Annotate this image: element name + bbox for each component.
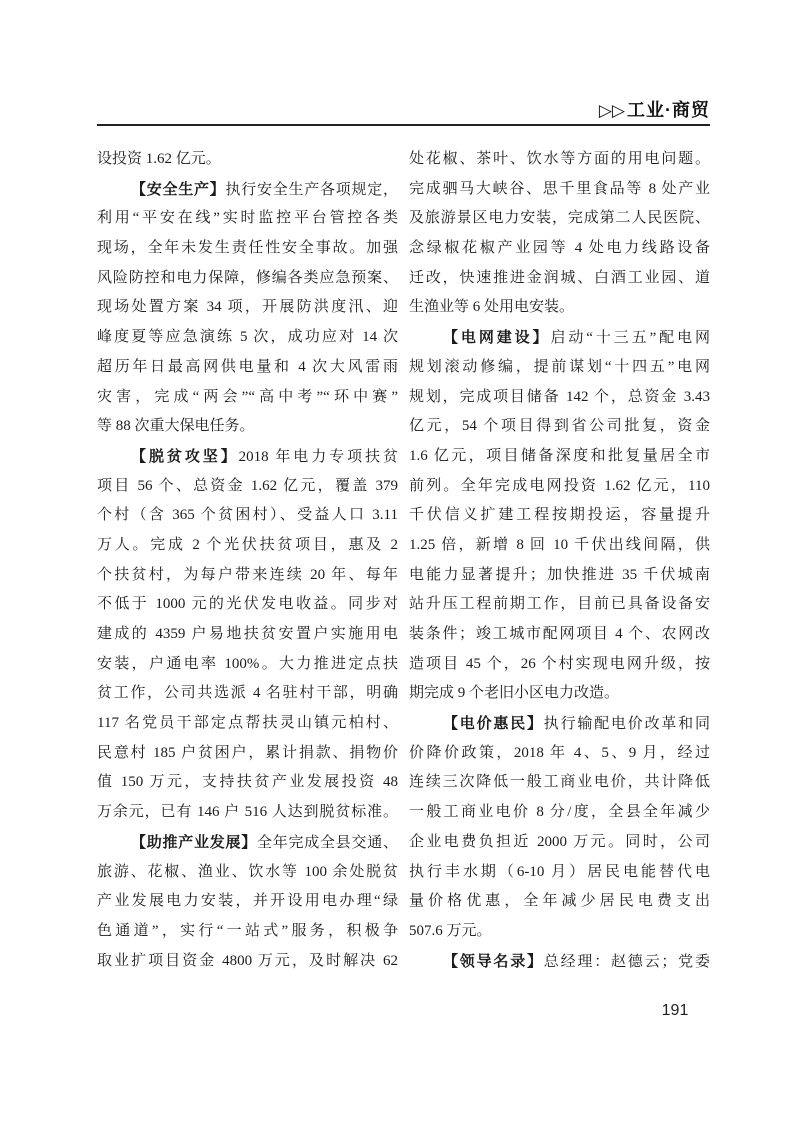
line-text: 及旅游景区电力安装，完成第二人民医院、 (409, 210, 710, 226)
section-marker-icon: ▷▷ (599, 101, 625, 120)
line-text: 执行丰水期（6-10 月）居民电能替代电 (409, 864, 710, 880)
text-line: 色通道”，实行“一站式”服务，积极争 (97, 917, 398, 947)
line-text: 建成的 4359 户易地扶贫安置户实施用电 (97, 626, 398, 642)
entry-heading: 【脱贫攻坚】 (131, 448, 239, 465)
text-line: 产业发展电力安装，并开设用电办理“绿 (97, 887, 398, 917)
line-text: 安装，户通电率 100%。大力推进定点扶 (97, 656, 398, 672)
text-line: 507.6 万元。 (409, 917, 710, 947)
line-text: 完成驷马大峡谷、思千里食品等 8 处产业 (409, 181, 710, 197)
text-line: 取业扩项目资金 4800 万元，及时解决 62 (97, 947, 398, 977)
text-line: 造项目 45 个，26 个村实现电网升级，按 (409, 650, 710, 680)
text-line: 规划滚动修编，提前谋划“十四五”电网 (409, 353, 710, 383)
right-column: 处花椒、茶叶、饮水等方面的用电问题。 完成驷马大峡谷、思千里食品等 8 处产业 … (409, 145, 710, 976)
line-text: 期完成 9 个老旧小区电力改造。 (409, 685, 619, 701)
line-text: 个扶贫村，为每户带来连续 20 年、每年 (97, 567, 398, 583)
line-text: 造项目 45 个，26 个村实现电网升级，按 (409, 656, 710, 672)
line-text: 生渔业等 6 处用电安装。 (409, 299, 574, 315)
entry-heading: 【领导名录】 (443, 953, 544, 970)
line-text: 灾害，完成“两会”“高中考”“环中赛” (97, 389, 398, 405)
text-line: 量价格优惠，全年减少居民电费支出 (409, 887, 710, 917)
text-line: 【安全生产】执行安全生产各项规定， (97, 175, 398, 205)
text-line: 贫工作，公司共选派 4 名驻村干部，明确 (97, 679, 398, 709)
line-text: 装条件；竣工城市配网项目 4 个、农网改 (409, 626, 710, 642)
line-text: 迁改，快速推进金润城、白酒工业园、道 (409, 270, 710, 286)
text-line: 旅游、花椒、渔业、饮水等 100 余处脱贫 (97, 858, 398, 888)
line-text: 执行输配电价改革和同 (544, 716, 710, 732)
text-line: 前列。全年完成电网投资 1.62 亿元，110 (409, 472, 710, 502)
line-text: 色通道”，实行“一站式”服务，积极争 (97, 923, 398, 939)
text-line: 个扶贫村，为每户带来连续 20 年、每年 (97, 561, 398, 591)
text-line: 灾害，完成“两会”“高中考”“环中赛” (97, 383, 398, 413)
text-line: 个村（含 365 个贫困村）、受益人口 3.11 (97, 501, 398, 531)
text-line: 【电价惠民】执行输配电价改革和同 (409, 709, 710, 739)
entry-heading: 【助推产业发展】 (131, 834, 257, 851)
text-line: 【领导名录】总经理：赵德云；党委 (409, 947, 710, 977)
text-line: 生渔业等 6 处用电安装。 (409, 293, 710, 323)
text-line: 完成驷马大峡谷、思千里食品等 8 处产业 (409, 175, 710, 205)
line-text: 亿元，54 个项目得到省公司批复，资金 (409, 418, 710, 434)
line-text: 规划滚动修编，提前谋划“十四五”电网 (409, 359, 710, 375)
line-text: 一般工商业电价 8 分/度，全县全年减少 (409, 804, 710, 820)
text-line: 1.25 倍，新增 8 回 10 千伏出线间隔，供 (409, 531, 710, 561)
line-text: 总经理：赵德云；党委 (544, 954, 710, 970)
line-text: 全年完成全县交通、 (257, 835, 398, 851)
text-line: 【脱贫攻坚】2018 年电力专项扶贫 (97, 442, 398, 472)
line-text: 民意村 185 户贫困户，累计捐款、捐物价 (97, 745, 398, 761)
text-line: 等 88 次重大保电任务。 (97, 412, 398, 442)
text-line: 超历年日最高网供电量和 4 次大风雷雨 (97, 353, 398, 383)
text-line: 规划，完成项目储备 142 个，总资金 3.43 (409, 383, 710, 413)
page-number: 191 (653, 1002, 697, 1020)
text-line: 峰度夏等应急演练 5 次，成功应对 14 次 (97, 323, 398, 353)
text-line: 处花椒、茶叶、饮水等方面的用电问题。 (409, 145, 710, 175)
text-line: 利用“平安在线”实时监控平台管控各类 (97, 204, 398, 234)
text-line: 民意村 185 户贫困户，累计捐款、捐物价 (97, 739, 398, 769)
line-text: 507.6 万元。 (409, 923, 492, 939)
text-line: 电能力显著提升；加快推进 35 千伏城南 (409, 561, 710, 591)
line-text: 电能力显著提升；加快推进 35 千伏城南 (409, 567, 710, 583)
line-text: 万人。完成 2 个光伏扶贫项目，惠及 2 (97, 537, 398, 553)
text-line: 【助推产业发展】全年完成全县交通、 (97, 828, 398, 858)
text-line: 迁改，快速推进金润城、白酒工业园、道 (409, 264, 710, 294)
line-text: 产业发展电力安装，并开设用电办理“绿 (97, 893, 398, 909)
line-text: 量价格优惠，全年减少居民电费支出 (409, 893, 710, 909)
line-text: 连续三次降低一般工商业电价，共计降低 (409, 774, 710, 790)
line-text: 贫工作，公司共选派 4 名驻村干部，明确 (97, 685, 398, 701)
text-line: 117 名党员干部定点帮扶灵山镇元柏村、 (97, 709, 398, 739)
line-text: 取业扩项目资金 4800 万元，及时解决 62 (97, 953, 398, 969)
text-line: 价降价政策，2018 年 4、5、9 月，经过 (409, 739, 710, 769)
text-line: 建成的 4359 户易地扶贫安置户实施用电 (97, 620, 398, 650)
line-text: 千伏信义扩建工程按期投运，容量提升 (409, 507, 710, 523)
line-text: 现场处置方案 34 项，开展防洪度汛、迎 (97, 299, 398, 315)
line-text: 企业电费负担近 2000 万元。同时，公司 (409, 834, 710, 850)
text-line: 一般工商业电价 8 分/度，全县全年减少 (409, 798, 710, 828)
line-text: 旅游、花椒、渔业、饮水等 100 余处脱贫 (97, 864, 398, 880)
left-column: 设投资 1.62 亿元。 【安全生产】执行安全生产各项规定， 利用“平安在线”实… (97, 145, 398, 976)
entry-heading: 【电网建设】 (443, 329, 550, 346)
line-text: 万余元，已有 146 户 516 人达到脱贫标准。 (97, 804, 398, 820)
text-line: 1.6 亿元，项目储备深度和批复量居全市 (409, 442, 710, 472)
text-line: 不低于 1000 元的光伏发电收益。同步对 (97, 590, 398, 620)
line-text: 1.25 倍，新增 8 回 10 千伏出线间隔，供 (409, 537, 710, 553)
line-text: 1.6 亿元，项目储备深度和批复量居全市 (409, 448, 710, 464)
text-line: 期完成 9 个老旧小区电力改造。 (409, 679, 710, 709)
text-line: 及旅游景区电力安装，完成第二人民医院、 (409, 204, 710, 234)
text-line: 装条件；竣工城市配网项目 4 个、农网改 (409, 620, 710, 650)
line-text: 2018 年电力专项扶贫 (239, 449, 398, 465)
text-line: 项目 56 个、总资金 1.62 亿元，覆盖 379 (97, 472, 398, 502)
line-text: 价降价政策，2018 年 4、5、9 月，经过 (409, 745, 710, 761)
line-text: 利用“平安在线”实时监控平台管控各类 (97, 210, 398, 226)
line-text: 现场，全年未发生责任性安全事故。加强 (97, 240, 398, 256)
line-text: 前列。全年完成电网投资 1.62 亿元，110 (409, 478, 710, 494)
text-line: 风险防控和电力保障，修编各类应急预案、 (97, 264, 398, 294)
text-line: 万人。完成 2 个光伏扶贫项目，惠及 2 (97, 531, 398, 561)
text-line: 值 150 万元，支持扶贫产业发展投资 48 (97, 768, 398, 798)
line-text: 启动“十三五”配电网 (550, 330, 710, 346)
line-text: 设投资 1.62 亿元。 (97, 151, 221, 167)
line-text: 等 88 次重大保电任务。 (97, 418, 255, 434)
entry-heading: 【电价惠民】 (443, 715, 544, 732)
section-title: 工业·商贸 (627, 100, 710, 120)
line-text: 站升压工程前期工作，目前已具备设备安 (409, 596, 710, 612)
line-text: 规划，完成项目储备 142 个，总资金 3.43 (409, 389, 710, 405)
text-content: 设投资 1.62 亿元。 【安全生产】执行安全生产各项规定， 利用“平安在线”实… (97, 145, 710, 976)
line-text: 值 150 万元，支持扶贫产业发展投资 48 (97, 774, 398, 790)
line-text: 不低于 1000 元的光伏发电收益。同步对 (97, 596, 398, 612)
entry-heading: 【安全生产】 (131, 181, 226, 198)
text-line: 设投资 1.62 亿元。 (97, 145, 398, 175)
text-line: 千伏信义扩建工程按期投运，容量提升 (409, 501, 710, 531)
text-line: 【电网建设】启动“十三五”配电网 (409, 323, 710, 353)
line-text: 念绿椒花椒产业园等 4 处电力线路设备 (409, 240, 710, 256)
text-line: 亿元，54 个项目得到省公司批复，资金 (409, 412, 710, 442)
header-rule (97, 124, 710, 126)
text-line: 安装，户通电率 100%。大力推进定点扶 (97, 650, 398, 680)
text-line: 念绿椒花椒产业园等 4 处电力线路设备 (409, 234, 710, 264)
line-text: 峰度夏等应急演练 5 次，成功应对 14 次 (97, 329, 398, 345)
running-head: ▷▷工业·商贸 (97, 96, 710, 122)
text-line: 现场处置方案 34 项，开展防洪度汛、迎 (97, 293, 398, 323)
line-text: 执行安全生产各项规定， (226, 182, 398, 198)
text-line: 企业电费负担近 2000 万元。同时，公司 (409, 828, 710, 858)
text-line: 现场，全年未发生责任性安全事故。加强 (97, 234, 398, 264)
document-page: ▷▷工业·商贸 设投资 1.62 亿元。 【安全生产】执行安全生产各项规定， 利… (0, 0, 793, 1122)
line-text: 个村（含 365 个贫困村）、受益人口 3.11 (97, 507, 398, 523)
line-text: 处花椒、茶叶、饮水等方面的用电问题。 (409, 151, 710, 167)
text-line: 万余元，已有 146 户 516 人达到脱贫标准。 (97, 798, 398, 828)
line-text: 117 名党员干部定点帮扶灵山镇元柏村、 (97, 715, 398, 731)
text-line: 执行丰水期（6-10 月）居民电能替代电 (409, 858, 710, 888)
text-line: 连续三次降低一般工商业电价，共计降低 (409, 768, 710, 798)
text-line: 站升压工程前期工作，目前已具备设备安 (409, 590, 710, 620)
line-text: 风险防控和电力保障，修编各类应急预案、 (97, 270, 398, 286)
line-text: 超历年日最高网供电量和 4 次大风雷雨 (97, 359, 398, 375)
line-text: 项目 56 个、总资金 1.62 亿元，覆盖 379 (97, 478, 398, 494)
